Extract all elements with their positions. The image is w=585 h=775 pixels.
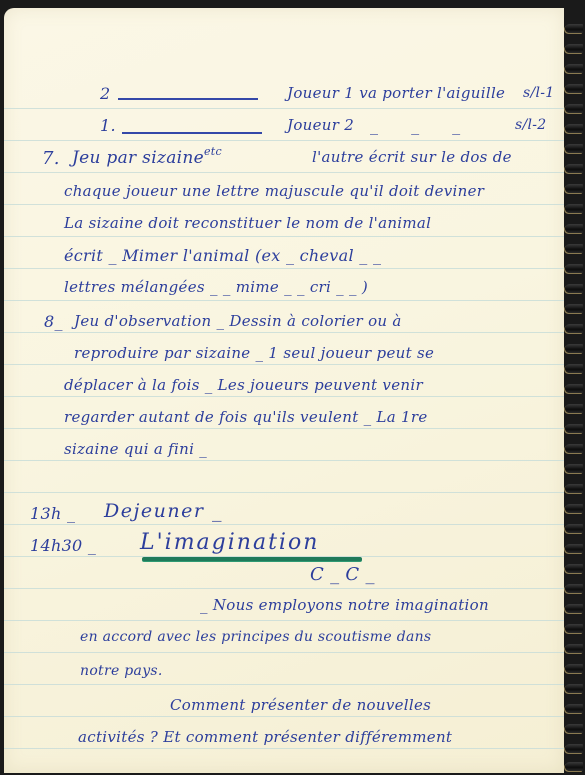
item8-line4: regarder autant de fois qu'ils veulent _… (64, 410, 428, 425)
spiral-coil (565, 524, 583, 533)
item8-line3: déplacer à la fois _ Les joueurs peuvent… (64, 378, 423, 393)
item7-line5: lettres mélangées _ _ mime _ _ cri _ _ ) (64, 280, 368, 295)
spiral-coil (565, 284, 583, 293)
ruled-line (4, 364, 564, 365)
item7-line4: écrit _ Mimer l'animal (ex _ cheval _ _ (64, 248, 381, 264)
spiral-coil (565, 604, 583, 613)
item7-line2: chaque joueur une lettre majuscule qu'il… (64, 184, 484, 199)
schedule-item-2-title: L'imagination (140, 532, 319, 554)
spiral-coil (565, 484, 583, 493)
item8-line2: reproduire par sizaine _ 1 seul joueur p… (74, 346, 434, 361)
item7-sup: etc (204, 145, 222, 158)
ruled-line (4, 620, 564, 621)
ruled-line (4, 588, 564, 589)
ruled-line (4, 332, 564, 333)
ruled-line (4, 428, 564, 429)
spiral-coil (565, 664, 583, 673)
spiral-coil (565, 504, 583, 513)
row1-text: Joueur 1 va porter l'aiguille (287, 86, 505, 101)
ruled-line (4, 268, 564, 269)
ruled-line (4, 236, 564, 237)
ruled-line (4, 492, 564, 493)
spiral-coil (565, 264, 583, 273)
spiral-coil (565, 44, 583, 53)
spiral-coil (565, 24, 583, 33)
item7-line3: La sizaine doit reconstituer le nom de l… (64, 216, 431, 231)
spiral-coil (565, 64, 583, 73)
spiral-coil (565, 724, 583, 733)
spiral-coil (565, 364, 583, 373)
schedule-item-1: Dejeuner _ (104, 502, 223, 521)
item7-title-text: Jeu par sizaine (72, 148, 204, 168)
spiral-coil (565, 344, 583, 353)
ruled-line (4, 524, 564, 525)
para-line2: en accord avec les principes du scoutism… (80, 630, 431, 644)
ruled-line (4, 396, 564, 397)
spiral-coil (565, 762, 583, 771)
ruled-line (4, 748, 564, 749)
row1-number: 2 (100, 86, 110, 102)
ruled-line (4, 300, 564, 301)
spiral-coil (565, 384, 583, 393)
ruled-line (4, 204, 564, 205)
schedule-time-1: 13h _ (30, 506, 75, 522)
spiral-coil (565, 544, 583, 553)
spiral-coil (565, 624, 583, 633)
para-line3: notre pays. (80, 664, 163, 678)
row2-number: 1. (100, 118, 116, 134)
spiral-coil (565, 404, 583, 413)
spiral-coil (565, 164, 583, 173)
row1-ref: s/l-1 (523, 86, 555, 100)
ruled-line (4, 460, 564, 461)
para-line1: _ Nous employons notre imagination (200, 598, 489, 613)
spiral-coil (565, 84, 583, 93)
spiral-binding (563, 0, 585, 775)
item8-line1: Jeu d'observation _ Dessin à colorier ou… (74, 314, 402, 329)
ruled-line (4, 108, 564, 109)
spiral-coil (565, 244, 583, 253)
blank-line (118, 98, 258, 100)
ruled-line (4, 716, 564, 717)
spiral-coil (565, 564, 583, 573)
spiral-coil (565, 444, 583, 453)
green-underline (142, 557, 362, 561)
spiral-coil (565, 684, 583, 693)
spiral-coil (565, 584, 583, 593)
spiral-coil (565, 704, 583, 713)
blank-line (122, 132, 262, 134)
spiral-coil (565, 324, 583, 333)
spiral-coil (565, 744, 583, 753)
row2-dashes: _ _ _ (370, 118, 474, 134)
ruled-line (4, 652, 564, 653)
spiral-coil (565, 224, 583, 233)
spiral-coil (565, 124, 583, 133)
para-line4: Comment présenter de nouvelles (170, 698, 431, 713)
spiral-coil (565, 304, 583, 313)
item8-line5: sizaine qui a fini _ (64, 442, 207, 457)
ruled-line (4, 684, 564, 685)
spiral-coil (565, 144, 583, 153)
schedule-time-2: 14h30 _ (30, 538, 96, 554)
spiral-coil (565, 204, 583, 213)
spiral-coil (565, 104, 583, 113)
row2-text: Joueur 2 (287, 118, 354, 133)
ruled-line (4, 172, 564, 173)
row2-ref: s/l-2 (515, 118, 547, 132)
item7-number: 7. (42, 150, 60, 168)
item8-number: 8_ (44, 314, 63, 330)
item7-title: Jeu par sizaineetc (72, 150, 222, 167)
spiral-coil (565, 424, 583, 433)
spiral-coil (565, 464, 583, 473)
schedule-item-2-sub: C _ C _ (310, 566, 375, 584)
item7-line1: l'autre écrit sur le dos de (312, 150, 512, 165)
ruled-line (4, 140, 564, 141)
spiral-coil (565, 184, 583, 193)
para-line5: activités ? Et comment présenter différe… (78, 730, 452, 745)
spiral-coil (565, 644, 583, 653)
